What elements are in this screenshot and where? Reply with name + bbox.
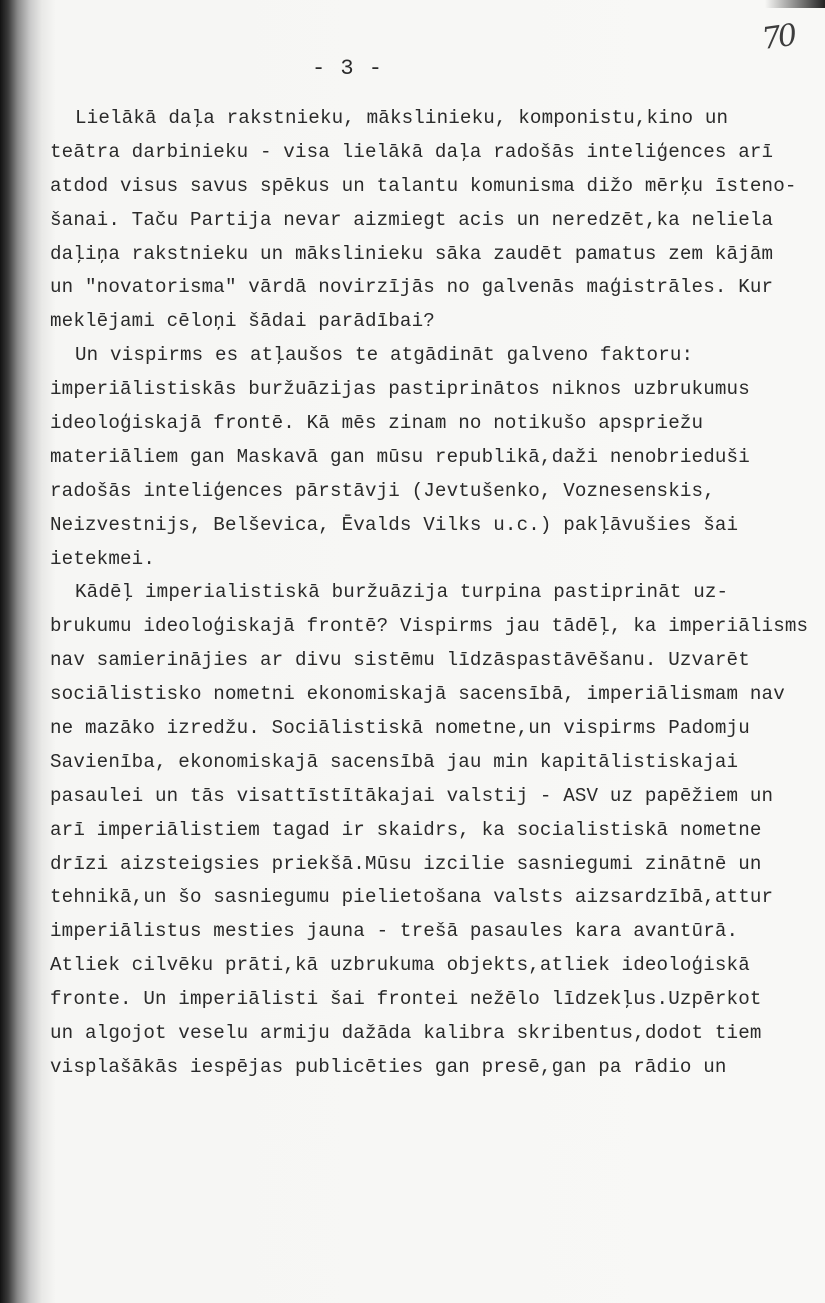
- text-line: Savienība, ekonomiskajā sacensībā jau mi…: [50, 746, 825, 780]
- text-line: fronte. Un imperiālisti šai frontei nežē…: [50, 983, 825, 1017]
- page-number: - 3 -: [312, 56, 383, 81]
- document-page: 70 - 3 - Lielākā daļa rakstnieku, māksli…: [0, 0, 825, 1303]
- text-line: imperiālistus mesties jauna - trešā pasa…: [50, 915, 825, 949]
- text-line: Neizvestnijs, Belševica, Ēvalds Vilks u.…: [50, 509, 825, 543]
- text-line: drīzi aizsteigsies priekšā.Mūsu izcilie …: [50, 848, 825, 882]
- text-line: Lielākā daļa rakstnieku, mākslinieku, ko…: [50, 102, 825, 136]
- text-line: Atliek cilvēku prāti,kā uzbrukuma objekt…: [50, 949, 825, 983]
- typed-body-text: Lielākā daļa rakstnieku, mākslinieku, ko…: [50, 102, 825, 1085]
- scan-edge-shadow: [765, 0, 825, 8]
- text-line: un algojot veselu armiju dažāda kalibra …: [50, 1017, 825, 1051]
- text-line: pasaulei un tās visattīstītākajai valsti…: [50, 780, 825, 814]
- text-line: materiāliem gan Maskavā gan mūsu republi…: [50, 441, 825, 475]
- text-line: radošās inteliģences pārstāvji (Jevtušen…: [50, 475, 825, 509]
- text-line: meklējami cēloņi šādai parādībai?: [50, 305, 825, 339]
- text-line: Un vispirms es atļaušos te atgādināt gal…: [50, 339, 825, 373]
- text-line: teātra darbinieku - visa lielākā daļa ra…: [50, 136, 825, 170]
- text-line: ne mazāko izredžu. Sociālistiskā nometne…: [50, 712, 825, 746]
- text-line: atdod visus savus spēkus un talantu komu…: [50, 170, 825, 204]
- text-line: daļiņa rakstnieku un mākslinieku sāka za…: [50, 238, 825, 272]
- text-line: un "novatorisma" vārdā novirzījās no gal…: [50, 271, 825, 305]
- text-line: arī imperiālistiem tagad ir skaidrs, ka …: [50, 814, 825, 848]
- text-line: imperiālistiskās buržuāzijas pastiprināt…: [50, 373, 825, 407]
- text-line: ietekmei.: [50, 543, 825, 577]
- handwritten-folio-number: 70: [760, 18, 797, 57]
- text-line: visplašākās iespējas publicēties gan pre…: [50, 1051, 825, 1085]
- text-line: Kādēļ imperialistiskā buržuāzija turpina…: [50, 576, 825, 610]
- text-line: nav samierinājies ar divu sistēmu līdzās…: [50, 644, 825, 678]
- text-line: tehnikā,un šo sasniegumu pielietošana va…: [50, 881, 825, 915]
- text-line: brukumu ideoloģiskajā frontē? Vispirms j…: [50, 610, 825, 644]
- text-line: šanai. Taču Partija nevar aizmiegt acis …: [50, 204, 825, 238]
- text-line: ideoloģiskajā frontē. Kā mēs zinam no no…: [50, 407, 825, 441]
- text-line: sociālistisko nometni ekonomiskajā sacen…: [50, 678, 825, 712]
